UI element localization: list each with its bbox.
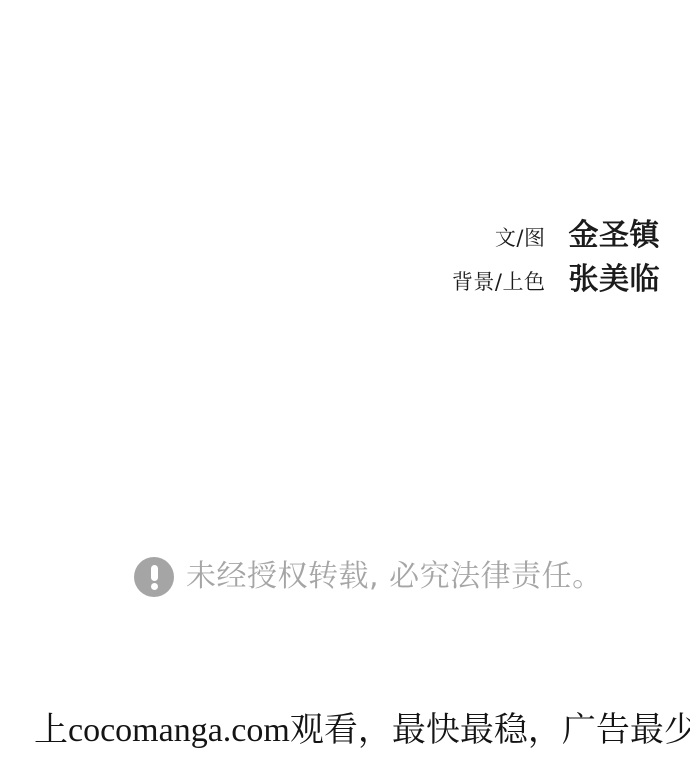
manga-credits-page: 文/图 金圣镇 背景/上色 张美临 未经授权转载, 必究法律责任。 上cocom… [0,0,690,784]
credit-row-background-color: 背景/上色 张美临 [452,264,660,296]
credit-name-background-color: 张美临 [569,264,661,296]
copyright-notice-text: 未经授权转载, 必究法律责任。 [186,557,603,597]
copyright-notice: 未经授权转载, 必究法律责任。 [134,557,603,597]
credit-row-story-art: 文/图 金圣镇 [452,220,660,252]
exclamation-circle-icon [134,557,174,597]
site-watermark-text: 上cocomanga.com观看，最快最稳，广告最少 [0,710,690,753]
exclamation-bar [151,565,158,581]
exclamation-dot [151,583,158,590]
credit-label-background-color: 背景/上色 [452,270,546,295]
credit-label-story-art: 文/图 [495,226,546,251]
credits-block: 文/图 金圣镇 背景/上色 张美临 [452,220,660,295]
credit-name-story-art: 金圣镇 [569,220,661,252]
